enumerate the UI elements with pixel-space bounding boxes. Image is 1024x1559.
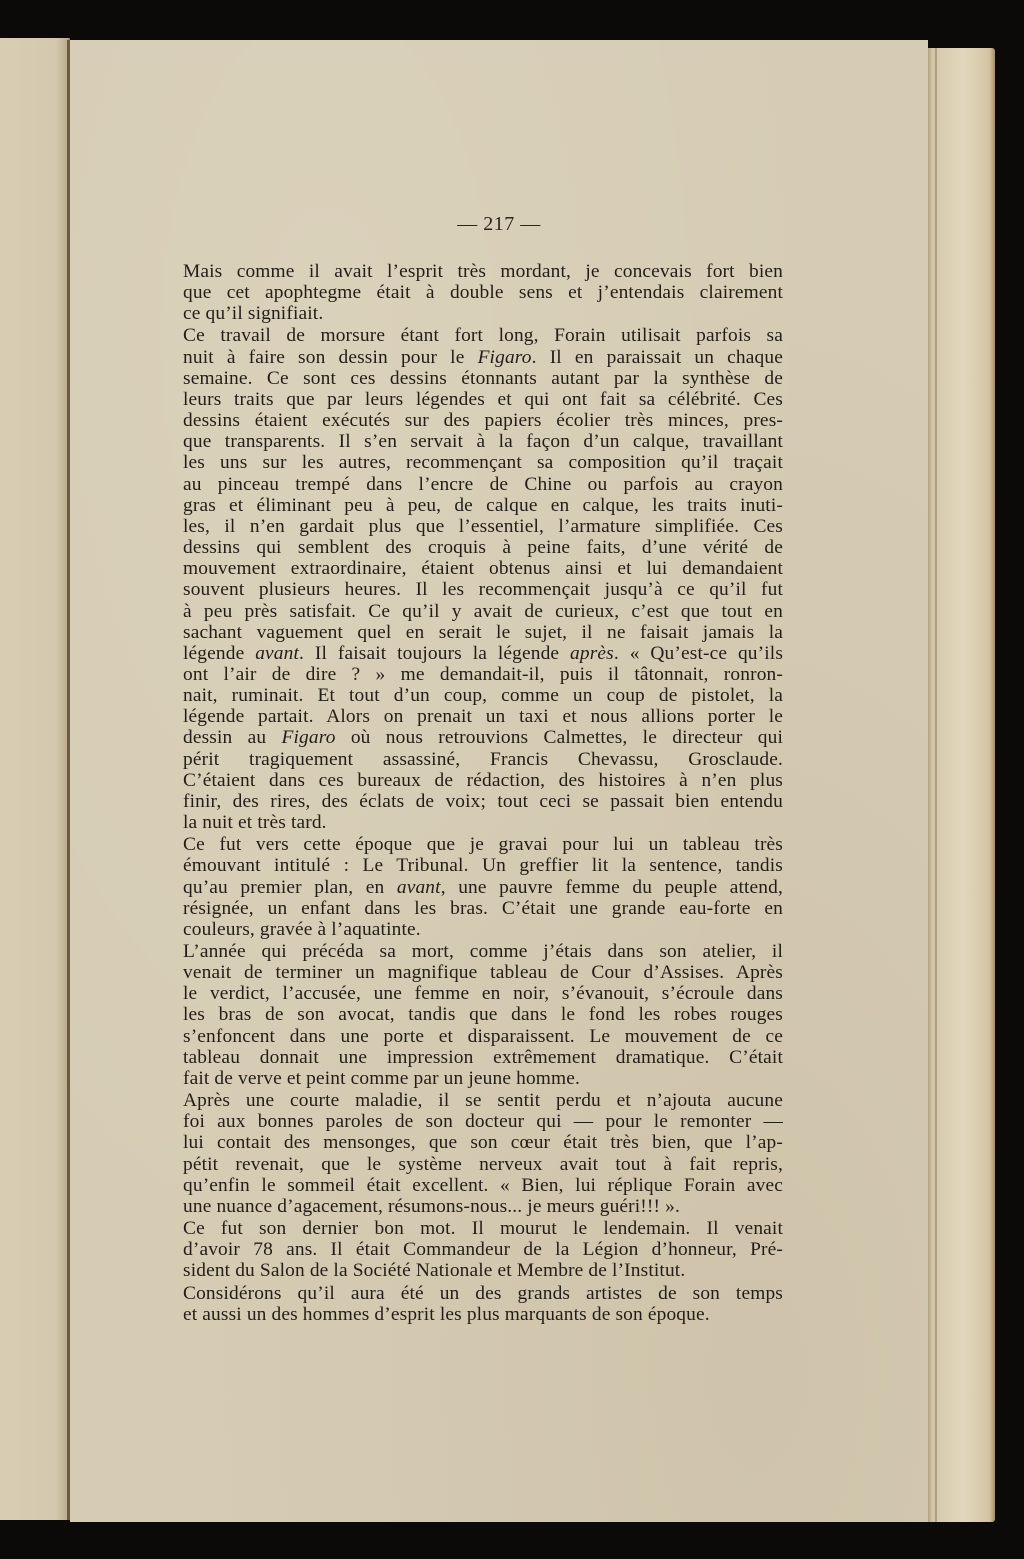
text-line: émouvant intitulé : Le Tribunal. Un gref… xyxy=(163,855,783,876)
text-line: Mais comme il avait l’esprit très mordan… xyxy=(163,261,783,282)
page-stack-edge xyxy=(925,48,995,1522)
text-line: leurs traits que par leurs légendes et q… xyxy=(163,389,783,410)
text-line: L’année qui précéda sa mort, comme j’éta… xyxy=(163,941,783,962)
text-line: ce qu’il signifiait. xyxy=(163,303,783,324)
text-line: les bras de son avocat, tandis que dans … xyxy=(163,1004,783,1025)
text-line: les uns sur les autres, recommençant sa … xyxy=(163,452,783,473)
text-line: Ce travail de morsure étant fort long, F… xyxy=(163,325,783,346)
page-number: — 217 — xyxy=(70,213,928,236)
text-line: le verdict, l’accusée, une femme en noir… xyxy=(163,983,783,1004)
text-line: Considérons qu’il aura été un des grands… xyxy=(163,1283,783,1304)
text-line: dessins étaient exécutés sur des papiers… xyxy=(163,410,783,431)
paragraph: Mais comme il avait l’esprit très mordan… xyxy=(163,261,783,324)
text-line: légende avant. Il faisait toujours la lé… xyxy=(163,643,783,664)
text-line: à peu près satisfait. Ce qu’il y avait d… xyxy=(163,601,783,622)
text-line: fait de verve et peint comme par un jeun… xyxy=(163,1068,783,1089)
paragraph: Considérons qu’il aura été un des grands… xyxy=(163,1283,783,1325)
text-line: couleurs, gravée à l’aquatinte. xyxy=(163,919,783,940)
text-line: semaine. Ce sont ces dessins étonnants a… xyxy=(163,368,783,389)
text-line: s’enfoncent dans une porte et disparaiss… xyxy=(163,1026,783,1047)
text-line: d’avoir 78 ans. Il était Commandeur de l… xyxy=(163,1239,783,1260)
paragraph: Après une courte maladie, il se sentit p… xyxy=(163,1090,783,1217)
text-line: pétit revenait, que le système nerveux a… xyxy=(163,1154,783,1175)
text-line: qu’enfin le sommeil était excellent. « B… xyxy=(163,1175,783,1196)
text-line: foi aux bonnes paroles de son docteur qu… xyxy=(163,1111,783,1132)
text-line: gras et éliminant peu à peu, de calque e… xyxy=(163,495,783,516)
text-line: périt tragiquement assassiné, Francis Ch… xyxy=(163,749,783,770)
text-line: qu’au premier plan, en avant, une pauvre… xyxy=(163,877,783,898)
text-line: nait, ruminait. Et tout d’un coup, comme… xyxy=(163,685,783,706)
text-line: sident du Salon de la Société Nationale … xyxy=(163,1260,783,1281)
text-line: la nuit et très tard. xyxy=(163,812,783,833)
text-line: souvent plusieurs heures. Il les recomme… xyxy=(163,579,783,600)
paragraph: Ce fut vers cette époque que je gravai p… xyxy=(163,834,783,940)
text-line: sachant vaguement quel en serait le suje… xyxy=(163,622,783,643)
text-line: au pinceau trempé dans l’encre de Chine … xyxy=(163,474,783,495)
text-line: ont l’air de dire ? » me demandait-il, p… xyxy=(163,664,783,685)
text-line: mouvement extraordinaire, étaient obtenu… xyxy=(163,558,783,579)
paragraph: Ce fut son dernier bon mot. Il mourut le… xyxy=(163,1218,783,1281)
page-edge-line xyxy=(935,48,937,1522)
text-line: venait de terminer un magnifique tableau… xyxy=(163,962,783,983)
text-line: résignée, un enfant dans les bras. C’éta… xyxy=(163,898,783,919)
text-line: une nuance d’agacement, résumons-nous...… xyxy=(163,1196,783,1217)
text-line: que cet apophtegme était à double sens e… xyxy=(163,282,783,303)
text-line: finir, des rires, des éclats de voix; to… xyxy=(163,791,783,812)
text-line: légende partait. Alors on prenait un tax… xyxy=(163,706,783,727)
text-line: lui contait des mensonges, que son cœur … xyxy=(163,1132,783,1153)
text-line: Ce fut vers cette époque que je gravai p… xyxy=(163,834,783,855)
text-line: Ce fut son dernier bon mot. Il mourut le… xyxy=(163,1218,783,1239)
text-line: Après une courte maladie, il se sentit p… xyxy=(163,1090,783,1111)
body-text: Mais comme il avait l’esprit très mordan… xyxy=(163,261,783,1326)
text-line: dessins qui semblent des croquis à peine… xyxy=(163,537,783,558)
text-line: les, il n’en gardait plus que l’essentie… xyxy=(163,516,783,537)
previous-page-edge xyxy=(0,38,70,1520)
paragraph: Ce travail de morsure étant fort long, F… xyxy=(163,325,783,833)
text-line: dessin au Figaro où nous retrouvions Cal… xyxy=(163,727,783,748)
text-line: que transparents. Il s’en servait à la f… xyxy=(163,431,783,452)
text-line: tableau donnait une impression extrêmeme… xyxy=(163,1047,783,1068)
text-line: C’étaient dans ces bureaux de rédaction,… xyxy=(163,770,783,791)
text-line: nuit à faire son dessin pour le Figaro. … xyxy=(163,347,783,368)
text-line: et aussi un des hommes d’esprit les plus… xyxy=(163,1304,783,1325)
paragraph: L’année qui précéda sa mort, comme j’éta… xyxy=(163,941,783,1089)
book-page: — 217 — Mais comme il avait l’esprit trè… xyxy=(70,40,928,1522)
